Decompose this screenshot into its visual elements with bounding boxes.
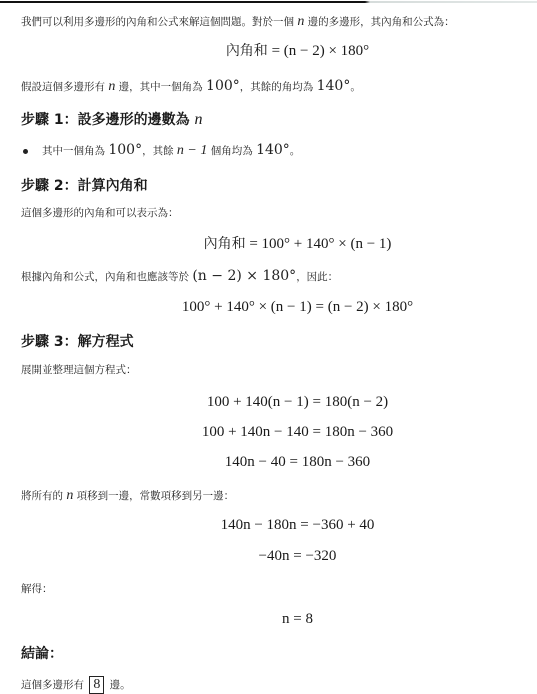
step2-heading: 步驟 2：計算內角和 [21, 179, 148, 193]
bullet-angle: 100° [108, 142, 142, 158]
step3-equation: 100 + 140(n − 1) = 180(n − 2) [0, 395, 537, 410]
bullet-angle: 140° [256, 142, 290, 158]
assumption-text: 邊，其中一個角為 [115, 81, 206, 93]
bullet-text: 個角均為 [207, 145, 256, 157]
solution-equation: n = 8 [0, 612, 537, 627]
assumption-angle: 100° [206, 78, 240, 94]
step1-heading: 步驟 1：設多邊形的邊數為 n [21, 112, 203, 128]
step2-para2: 根據內角和公式，內角和也應該等於 (n − 2) × 180°，因此： [21, 269, 338, 283]
assumption-text: ，其餘的角均為 [240, 81, 317, 93]
answer-box: 8 [89, 676, 104, 694]
top-divider [0, 1, 537, 3]
assumption-paragraph: 假設這個多邊形有 n 邊，其中一個角為 100°，其餘的角均為 140°。 [21, 79, 361, 94]
assumption-angle: 140° [317, 78, 351, 94]
intro-text-after: 邊的多邊形，其內角和公式為： [304, 16, 454, 28]
step2-formula1-rhs: = 100° + 140° × (n − 1) [246, 236, 392, 252]
bullet-expr: n − 1 [177, 143, 207, 158]
conclusion-text-after: 邊。 [106, 679, 130, 691]
solve-label: 解得： [21, 584, 53, 595]
bullet-text: 。 [290, 145, 301, 157]
step1-heading-var: n [195, 111, 203, 128]
step3-para1: 展開並整理這個方程式： [21, 365, 137, 376]
formula-general-lhs: 內角和 [226, 43, 268, 59]
assumption-text: 假設這個多邊形有 [21, 81, 108, 93]
assumption-text: 。 [350, 81, 361, 93]
step3-equation: 140n − 180n = −360 + 40 [0, 518, 537, 533]
step2-para2-expr: (n − 2) × 180° [192, 268, 296, 284]
conclusion-heading: 結論： [21, 647, 63, 661]
step3-para2: 將所有的 n 項移到一邊，常數項移到另一邊： [21, 489, 234, 503]
step2-para1: 這個多邊形的內角和可以表示為： [21, 208, 179, 219]
formula-general-rhs: = (n − 2) × 180° [268, 43, 369, 59]
step2-para2-text: ，因此： [296, 271, 338, 283]
formula-general: 內角和 = (n − 2) × 180° [0, 44, 537, 59]
intro-paragraph: 我們可以利用多邊形的內角和公式來解這個問題。對於一個 n 邊的多邊形，其內角和公… [21, 15, 455, 29]
bullet-text: 其中一個角為 [42, 145, 108, 157]
step2-formula2: 100° + 140° × (n − 1) = (n − 2) × 180° [0, 300, 537, 315]
bullet-icon [23, 149, 28, 154]
step3-heading: 步驟 3：解方程式 [21, 335, 134, 349]
step3-para2-text: 項移到一邊，常數項移到另一邊： [73, 490, 234, 502]
step1-heading-text: 步驟 1：設多邊形的邊數為 [21, 112, 195, 128]
step2-para2-text: 根據內角和公式，內角和也應該等於 [21, 271, 192, 283]
step3-equation: 140n − 40 = 180n − 360 [0, 455, 537, 470]
step2-formula1: 內角和 = 100° + 140° × (n − 1) [0, 237, 537, 252]
step3-equation: −40n = −320 [0, 549, 537, 564]
conclusion-text-before: 這個多邊形有 [21, 679, 87, 691]
conclusion-text: 這個多邊形有 8 邊。 [21, 676, 131, 694]
step3-equation: 100 + 140n − 140 = 180n − 360 [0, 425, 537, 440]
step3-para2-text: 將所有的 [21, 490, 66, 502]
step1-bullet: 其中一個角為 100°，其餘 n − 1 個角均為 140°。 [21, 143, 300, 158]
bullet-text: ，其餘 [142, 145, 177, 157]
intro-text-before: 我們可以利用多邊形的內角和公式來解這個問題。對於一個 [21, 16, 297, 28]
step2-formula1-lhs: 內角和 [204, 236, 246, 252]
